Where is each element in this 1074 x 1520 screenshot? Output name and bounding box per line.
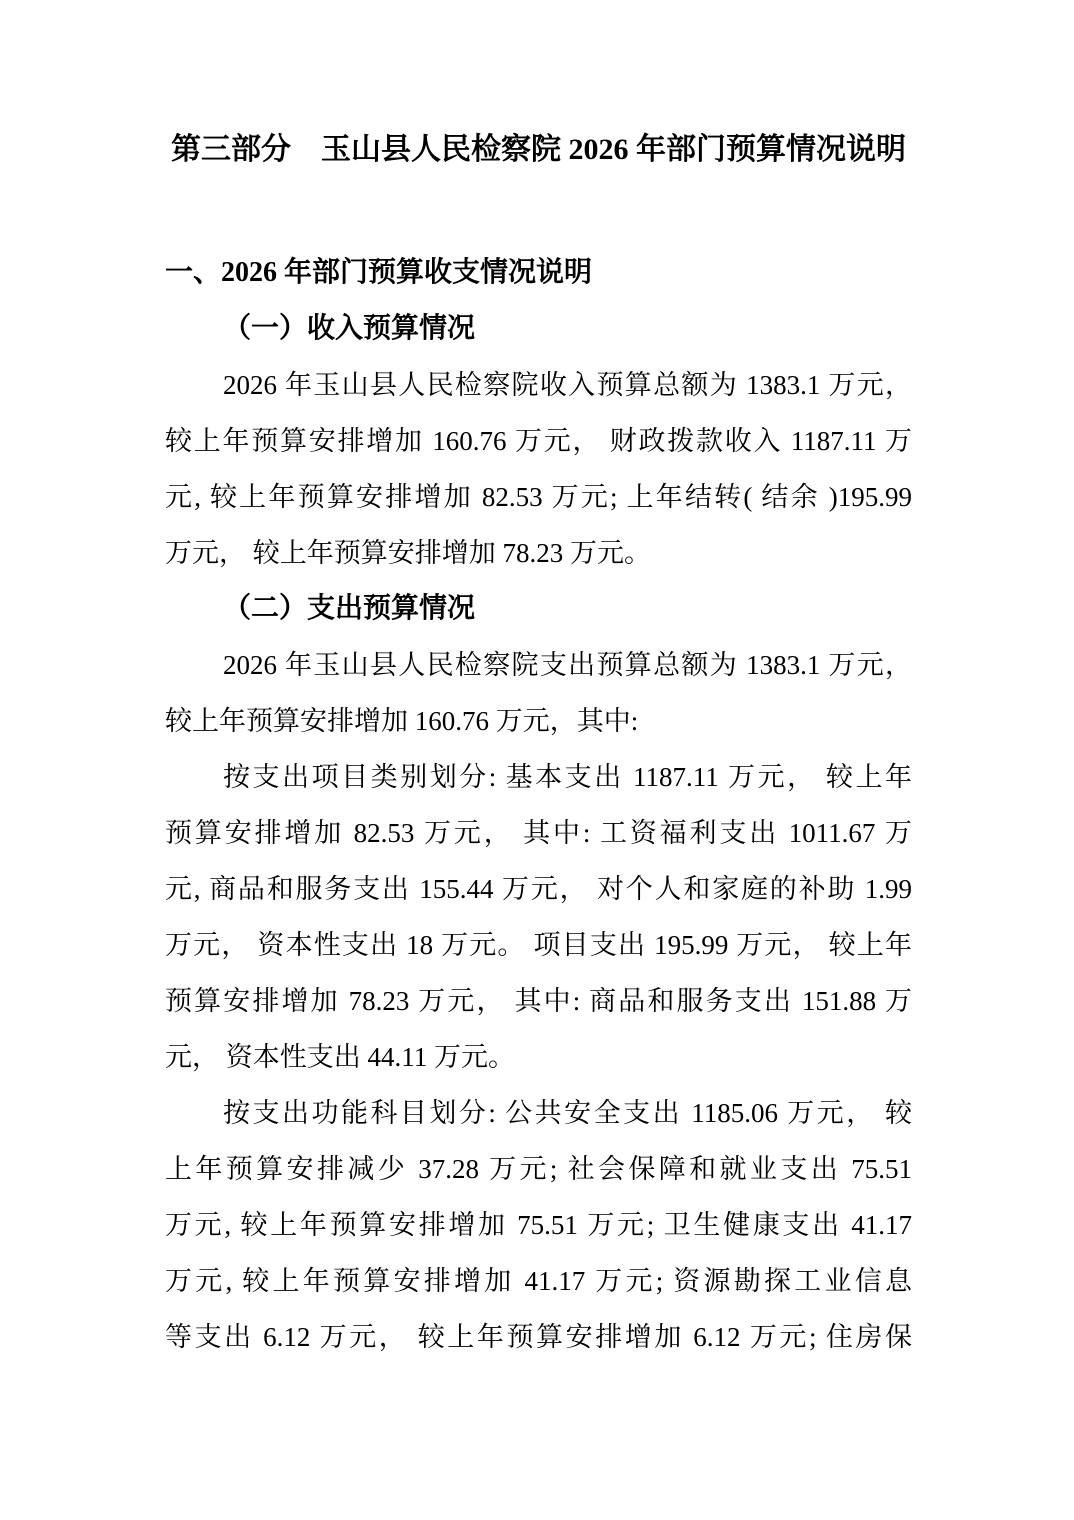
paragraph-line: 上年预算安排减少 37.28 万元; 社会保障和就业支出 75.51 (165, 1141, 912, 1197)
subsection-heading-expense: （二）支出预算情况 (165, 581, 912, 637)
paragraph-line: 较上年预算安排增加 160.76 万元， 财政拨款收入 1187.11 万 (165, 413, 912, 469)
paragraph-line: 预算安排增加 78.23 万元， 其中: 商品和服务支出 151.88 万 (165, 973, 912, 1029)
subsection-heading-income: （一）收入预算情况 (165, 301, 912, 357)
paragraph-line: 万元, 较上年预算安排增加 41.17 万元; 资源勘探工业信息 (165, 1253, 912, 1309)
paragraph-line: 2026 年玉山县人民检察院收入预算总额为 1383.1 万元， (165, 357, 912, 413)
paragraph-line: 万元， 资本性支出 18 万元。 项目支出 195.99 万元， 较上年 (165, 917, 912, 973)
paragraph-line: 万元, 较上年预算安排增加 75.51 万元; 卫生健康支出 41.17 (165, 1197, 912, 1253)
paragraph-line: 元, 商品和服务支出 155.44 万元， 对个人和家庭的补助 1.99 (165, 861, 912, 917)
paragraph-line: 等支出 6.12 万元， 较上年预算安排增加 6.12 万元; 住房保 (165, 1309, 912, 1365)
expense-by-function-paragraph: 按支出功能科目划分: 公共安全支出 1185.06 万元， 较 上年预算安排减少… (165, 1085, 912, 1365)
paragraph-line: 万元， 较上年预算安排增加 78.23 万元。 (165, 525, 912, 581)
section-heading: 一、2026 年部门预算收支情况说明 (165, 245, 912, 301)
paragraph-line: 按支出功能科目划分: 公共安全支出 1185.06 万元， 较 (165, 1085, 912, 1141)
paragraph-line: 较上年预算安排增加 160.76 万元，其中: (165, 693, 912, 749)
paragraph-line: 按支出项目类别划分: 基本支出 1187.11 万元， 较上年 (165, 749, 912, 805)
paragraph-line: 2026 年玉山县人民检察院支出预算总额为 1383.1 万元， (165, 637, 912, 693)
document-page: 第三部分 玉山县人民检察院 2026 年部门预算情况说明 一、2026 年部门预… (0, 0, 1074, 1520)
expense-by-category-paragraph: 按支出项目类别划分: 基本支出 1187.11 万元， 较上年 预算安排增加 8… (165, 749, 912, 1085)
paragraph-line: 预算安排增加 82.53 万元， 其中: 工资福利支出 1011.67 万 (165, 805, 912, 861)
paragraph-line: 元, 较上年预算安排增加 82.53 万元; 上年结转( 结余 )195.99 (165, 469, 912, 525)
document-title: 第三部分 玉山县人民检察院 2026 年部门预算情况说明 (165, 130, 912, 170)
paragraph-line: 元， 资本性支出 44.11 万元。 (165, 1029, 912, 1085)
expense-total-paragraph: 2026 年玉山县人民检察院支出预算总额为 1383.1 万元， 较上年预算安排… (165, 637, 912, 749)
income-paragraph: 2026 年玉山县人民检察院收入预算总额为 1383.1 万元， 较上年预算安排… (165, 357, 912, 581)
